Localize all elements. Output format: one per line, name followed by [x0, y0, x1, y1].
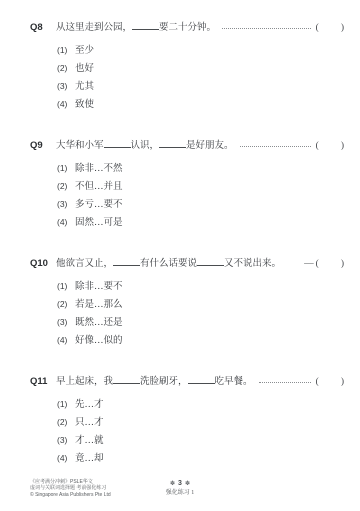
option-number: (2)	[57, 63, 75, 73]
paren-close: )	[341, 259, 344, 269]
option-row: (3)既然…还是	[57, 314, 344, 332]
option-number: (4)	[57, 453, 75, 463]
question-q9: Q9 大华和小军认识，是好朋友。 () (1)除非…不然 (2)不但…并且 (3…	[30, 138, 344, 232]
option-text: 若是…那么	[75, 296, 123, 310]
answer-parentheses: ()	[316, 21, 344, 35]
option-number: (2)	[57, 417, 75, 427]
option-row: (2)只…才	[57, 414, 344, 432]
stem-blank	[132, 20, 159, 30]
question-q11: Q11 早上起床，我洗脸刷牙，吃早餐。 () (1)先…才 (2)只…才 (3)…	[30, 374, 344, 468]
option-text: 除非…不然	[75, 160, 123, 174]
option-row: (2)不但…并且	[57, 178, 344, 196]
option-row: (1)至少	[57, 42, 344, 60]
option-number: (1)	[57, 45, 75, 55]
option-text: 致使	[75, 96, 94, 110]
dotted-leader	[222, 28, 311, 29]
question-stem: 认识，	[131, 139, 160, 153]
answer-parentheses: ()	[316, 257, 344, 271]
question-stem: 他欲言又止，	[56, 257, 113, 271]
option-text: 才…就	[75, 432, 104, 446]
option-text: 竟…却	[75, 450, 104, 464]
stem-blank	[113, 374, 140, 384]
question-stem: 又不说出来。	[224, 257, 281, 271]
option-row: (4)固然…可是	[57, 214, 344, 232]
option-number: (1)	[57, 399, 75, 409]
option-number: (2)	[57, 299, 75, 309]
option-row: (1)先…才	[57, 396, 344, 414]
options-list: (1)至少 (2)也好 (3)尤其 (4)致使	[57, 42, 344, 114]
option-text: 除非…要不	[75, 278, 123, 292]
option-text: 也好	[75, 60, 94, 74]
question-label: Q9	[30, 139, 56, 153]
option-row: (3)才…就	[57, 432, 344, 450]
answer-parentheses: ()	[316, 139, 344, 153]
option-row: (2)若是…那么	[57, 296, 344, 314]
option-row: (4)竟…却	[57, 450, 344, 468]
answer-parentheses: ()	[316, 375, 344, 389]
page-number-line: ✽3✽	[0, 479, 360, 489]
options-list: (1)除非…要不 (2)若是…那么 (3)既然…还是 (4)好像…似的	[57, 278, 344, 350]
question-stem: 吃早餐。	[215, 375, 253, 389]
question-head: Q9 大华和小军认识，是好朋友。 ()	[30, 138, 344, 153]
section-label: 强化练习 1	[0, 489, 360, 497]
question-head: Q11 早上起床，我洗脸刷牙，吃早餐。 ()	[30, 374, 344, 389]
option-number: (1)	[57, 163, 75, 173]
paren-open: (	[316, 259, 319, 269]
dotted-leader	[259, 382, 311, 383]
question-stem: 从这里走到公园，	[56, 21, 132, 35]
question-label: Q8	[30, 21, 56, 35]
option-text: 只…才	[75, 414, 104, 428]
option-row: (1)除非…不然	[57, 160, 344, 178]
option-number: (3)	[57, 435, 75, 445]
question-stem: 大华和小军	[56, 139, 104, 153]
option-text: 既然…还是	[75, 314, 123, 328]
option-text: 多亏…要不	[75, 196, 123, 210]
paren-open: (	[316, 23, 319, 33]
paren-open: (	[316, 141, 319, 151]
option-text: 至少	[75, 42, 94, 56]
question-stem: 是好朋友。	[186, 139, 234, 153]
question-q8: Q8 从这里走到公园，要二十分钟。 () (1)至少 (2)也好 (3)尤其 (…	[30, 20, 344, 114]
question-stem: 早上起床，我	[56, 375, 113, 389]
question-stem: 有什么话要说	[140, 257, 197, 271]
question-label: Q10	[30, 257, 56, 271]
paren-open: (	[316, 377, 319, 387]
option-number: (3)	[57, 317, 75, 327]
dash-leader: —	[304, 257, 314, 271]
stem-blank	[188, 374, 215, 384]
stem-blank	[197, 256, 224, 266]
flower-icon: ✽	[185, 481, 190, 487]
question-stem: 洗脸刷牙，	[140, 375, 188, 389]
option-row: (2)也好	[57, 60, 344, 78]
option-row: (4)致使	[57, 96, 344, 114]
option-text: 尤其	[75, 78, 94, 92]
dotted-leader	[240, 146, 311, 147]
options-list: (1)先…才 (2)只…才 (3)才…就 (4)竟…却	[57, 396, 344, 468]
question-q10: Q10 他欲言又止，有什么话要说又不说出来。 — () (1)除非…要不 (2)…	[30, 256, 344, 350]
option-text: 不但…并且	[75, 178, 123, 192]
footer-center: ✽3✽ 强化练习 1	[0, 479, 360, 497]
paren-close: )	[341, 141, 344, 151]
worksheet-page: Q8 从这里走到公园，要二十分钟。 () (1)至少 (2)也好 (3)尤其 (…	[0, 0, 360, 511]
option-number: (1)	[57, 281, 75, 291]
page-number: 3	[178, 480, 182, 487]
stem-blank	[113, 256, 140, 266]
option-number: (4)	[57, 217, 75, 227]
option-row: (3)多亏…要不	[57, 196, 344, 214]
option-row: (3)尤其	[57, 78, 344, 96]
flower-icon: ✽	[170, 481, 175, 487]
option-text: 先…才	[75, 396, 104, 410]
option-number: (3)	[57, 199, 75, 209]
option-number: (4)	[57, 335, 75, 345]
option-row: (1)除非…要不	[57, 278, 344, 296]
option-row: (4)好像…似的	[57, 332, 344, 350]
options-list: (1)除非…不然 (2)不但…并且 (3)多亏…要不 (4)固然…可是	[57, 160, 344, 232]
stem-blank	[159, 138, 186, 148]
paren-close: )	[341, 23, 344, 33]
option-number: (4)	[57, 99, 75, 109]
paren-close: )	[341, 377, 344, 387]
option-text: 好像…似的	[75, 332, 123, 346]
question-label: Q11	[30, 375, 56, 389]
option-text: 固然…可是	[75, 214, 123, 228]
question-stem: 要二十分钟。	[159, 21, 216, 35]
option-number: (3)	[57, 81, 75, 91]
stem-blank	[104, 138, 131, 148]
question-head: Q8 从这里走到公园，要二十分钟。 ()	[30, 20, 344, 35]
question-head: Q10 他欲言又止，有什么话要说又不说出来。 — ()	[30, 256, 344, 271]
option-number: (2)	[57, 181, 75, 191]
